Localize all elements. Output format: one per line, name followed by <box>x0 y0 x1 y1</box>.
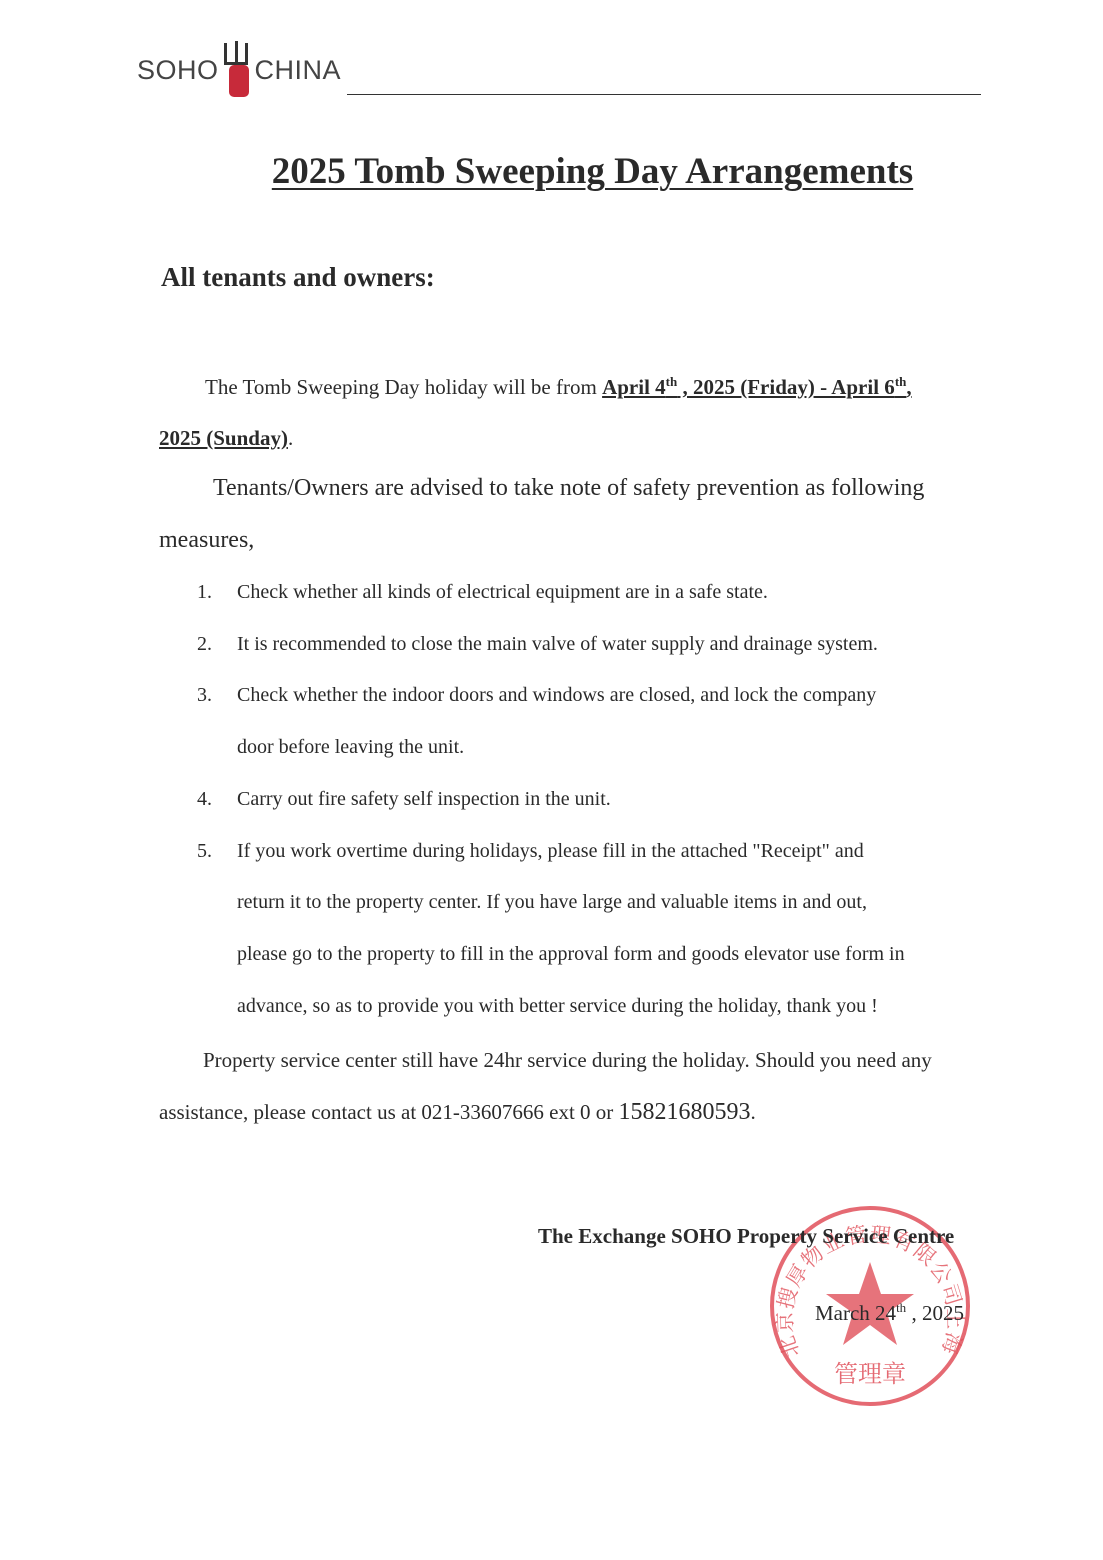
measure-item: 2.It is recommended to close the main va… <box>197 633 878 656</box>
measure-text: Check whether the indoor doors and windo… <box>237 684 876 706</box>
contact-line1: Property service center still have 24hr … <box>203 1048 932 1073</box>
measure-text-continued: door before leaving the unit. <box>237 736 464 759</box>
signature-date: March 24th , 2025 <box>815 1300 964 1326</box>
measure-text-continued: advance, so as to provide you with bette… <box>237 995 878 1018</box>
header-rule <box>347 94 981 95</box>
measure-number: 5. <box>197 840 237 863</box>
mobile-number: 15821680593 <box>619 1099 751 1125</box>
measure-item: 4.Carry out fire safety self inspection … <box>197 788 611 811</box>
measure-text-continued: please go to the property to fill in the… <box>237 943 905 966</box>
measure-number: 3. <box>197 684 237 707</box>
measure-item: 3.Check whether the indoor doors and win… <box>197 684 876 707</box>
measure-text-continued: return it to the property center. If you… <box>237 891 867 914</box>
svg-text:管理章: 管理章 <box>834 1360 906 1388</box>
measure-item: 5.If you work overtime during holidays, … <box>197 840 864 863</box>
advice-line2: measures, <box>159 527 254 554</box>
holiday-dates-line2: 2025 (Sunday). <box>159 426 293 451</box>
measure-text: Check whether all kinds of electrical eq… <box>237 581 768 603</box>
document-title: 2025 Tomb Sweeping Day Arrangements <box>0 150 1103 193</box>
measure-item: 1.Check whether all kinds of electrical … <box>197 581 768 604</box>
measure-text: Carry out fire safety self inspection in… <box>237 788 611 810</box>
advice-line1: Tenants/Owners are advised to take note … <box>213 475 924 502</box>
measure-number: 4. <box>197 788 237 811</box>
logo-mark-icon <box>220 41 254 99</box>
measure-text: It is recommended to close the main valv… <box>237 633 878 655</box>
holiday-dates-line1: The Tomb Sweeping Day holiday will be fr… <box>205 374 912 400</box>
measure-text: If you work overtime during holidays, pl… <box>237 840 864 862</box>
signature-organization: The Exchange SOHO Property Service Centr… <box>538 1224 954 1249</box>
measure-number: 2. <box>197 633 237 656</box>
contact-line2: assistance, please contact us at 021-336… <box>159 1099 756 1126</box>
salutation: All tenants and owners: <box>161 262 435 293</box>
logo-text-china: CHINA <box>255 55 342 86</box>
logo-text-soho: SOHO <box>137 55 219 86</box>
measure-number: 1. <box>197 581 237 604</box>
soho-china-logo: SOHO CHINA <box>137 40 341 100</box>
